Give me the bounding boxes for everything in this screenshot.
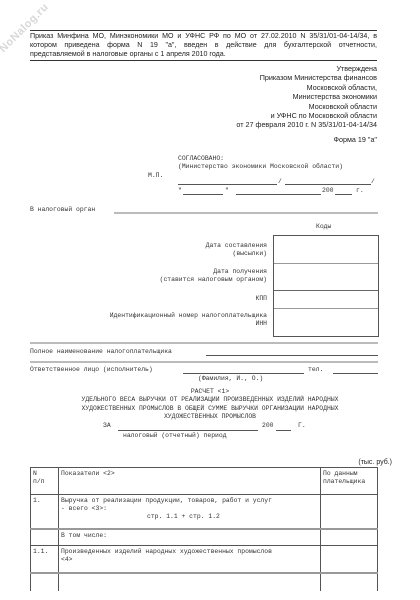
row-text: Произведенных изделий народных художеств… bbox=[59, 546, 321, 573]
row-text: В том числе: bbox=[59, 529, 321, 546]
row-text bbox=[59, 573, 321, 591]
label-line: ИНН bbox=[110, 320, 267, 328]
quote-open: " bbox=[178, 187, 182, 194]
code-field-date-received[interactable] bbox=[274, 264, 377, 289]
approval-line: Московской области, bbox=[236, 83, 377, 92]
header-note-line-1: Приказ Минфина МО, Минэкономики МО и УФН… bbox=[30, 32, 377, 41]
signature-name-line[interactable] bbox=[285, 184, 371, 185]
approval-line: Приказом Министерства финансов bbox=[236, 73, 377, 82]
header-value: По данным плательщика bbox=[321, 468, 378, 495]
approval-block: Утверждена Приказом Министерства финансо… bbox=[236, 64, 377, 130]
period-year-prefix: 200 bbox=[262, 422, 274, 429]
taxpayer-name-field[interactable] bbox=[206, 355, 378, 356]
table-row: 1.1. Произведенных изделий народных худо… bbox=[31, 546, 378, 573]
header-note-line-3: представляемой в налоговые органы с 1 ап… bbox=[30, 50, 377, 59]
code-label-kpp: КПП bbox=[255, 295, 267, 303]
calc-line-1: УДЕЛЬНОГО ВЕСА ВЫРУЧКИ ОТ РЕАЛИЗАЦИИ ПРО… bbox=[0, 396, 420, 405]
label-line: КПП bbox=[255, 295, 267, 303]
agreed-title: СОГЛАСОВАНО: bbox=[178, 155, 224, 162]
fio-hint: (Фамилия, И., О.) bbox=[198, 375, 263, 382]
period-prefix: ЗА bbox=[103, 422, 111, 429]
table-row bbox=[31, 573, 378, 591]
table-row: В том числе: bbox=[31, 529, 378, 546]
divider bbox=[30, 342, 378, 344]
label-line: Дата составления bbox=[206, 242, 267, 250]
row-text-line: <4> bbox=[61, 556, 318, 564]
row-value-field[interactable] bbox=[321, 495, 378, 529]
label-line: (ставится налоговым органом) bbox=[160, 276, 267, 284]
responsible-label: Ответственное лицо (исполнитель) bbox=[30, 366, 153, 373]
row-num bbox=[31, 529, 59, 546]
row-num: 1. bbox=[31, 495, 59, 529]
period-field[interactable] bbox=[118, 430, 258, 431]
indicators-table: N п/п Показатели <2> По данным плательщи… bbox=[30, 467, 378, 591]
agreed-day-field[interactable] bbox=[183, 194, 223, 195]
form-number: Форма 19 "а" bbox=[334, 135, 378, 144]
quote-close: " bbox=[225, 187, 229, 194]
table-header-row: N п/п Показатели <2> По данным плательщи… bbox=[31, 468, 378, 495]
slash: / bbox=[371, 178, 375, 185]
agreed-year-suffix: г. bbox=[356, 187, 364, 194]
calc-line-3: ХУДОЖЕСТВЕННЫХ ПРОМЫСЛОВ bbox=[0, 413, 420, 422]
approval-line: Министерства экономики bbox=[236, 92, 377, 101]
header-indicator: Показатели <2> bbox=[59, 468, 321, 495]
row-text: Выручка от реализации продукции, товаров… bbox=[59, 495, 321, 529]
code-label-date-received: Дата получения (ставится налоговым орган… bbox=[160, 268, 267, 284]
unit-label: (тыс. руб.) bbox=[358, 459, 392, 466]
agreed-year-field[interactable] bbox=[335, 194, 352, 195]
header-num-line: п/п bbox=[33, 478, 56, 486]
code-field-date-composed[interactable] bbox=[274, 236, 377, 262]
slash: / bbox=[278, 178, 282, 185]
label-line: (высылки) bbox=[206, 250, 267, 258]
agreed-month-field[interactable] bbox=[236, 194, 321, 195]
header-num-line: N bbox=[33, 470, 56, 478]
header-num: N п/п bbox=[31, 468, 59, 495]
codes-header: Коды bbox=[316, 223, 331, 230]
taxpayer-name-field-2[interactable] bbox=[30, 361, 378, 363]
signature-line[interactable] bbox=[178, 184, 277, 185]
header-note: Приказ Минфина МО, Минэкономики МО и УФН… bbox=[30, 30, 377, 61]
approval-line: Утверждена bbox=[236, 64, 377, 73]
header-value-line: По данным bbox=[323, 470, 375, 478]
approval-line: и УФНС по Московской области bbox=[236, 111, 377, 120]
row-text-line: - всего <3>: bbox=[61, 505, 318, 513]
period-year-field[interactable] bbox=[276, 430, 291, 431]
header-value-line: плательщика bbox=[323, 478, 375, 486]
tax-authority-label: В налоговый орган bbox=[30, 206, 95, 213]
row-value-field[interactable] bbox=[321, 529, 378, 546]
table-row: 1. Выручка от реализации продукции, това… bbox=[31, 495, 378, 529]
code-label-inn: Идентификационный номер налогоплательщик… bbox=[110, 312, 267, 328]
row-value-field[interactable] bbox=[321, 573, 378, 591]
row-text-line: Произведенных изделий народных художеств… bbox=[61, 548, 318, 556]
label-line: Идентификационный номер налогоплательщик… bbox=[110, 312, 267, 320]
row-value-field[interactable] bbox=[321, 546, 378, 573]
approval-line: от 27 февраля 2010 г. N 35/31/01-04-14/3… bbox=[236, 120, 377, 129]
period-year-suffix: Г. bbox=[298, 422, 306, 429]
stamp-label: М.П. bbox=[148, 172, 163, 179]
agreed-year-prefix: 200 bbox=[322, 187, 334, 194]
code-field-inn[interactable] bbox=[274, 309, 377, 335]
row-formula: стр. 1.1 + стр. 1.2 bbox=[61, 513, 318, 521]
code-field-kpp[interactable] bbox=[274, 290, 377, 307]
taxpayer-name-label: Полное наименование налогоплательщика bbox=[30, 348, 172, 355]
responsible-field[interactable] bbox=[183, 373, 304, 374]
row-num: 1.1. bbox=[31, 546, 59, 573]
tax-authority-field[interactable] bbox=[114, 212, 378, 214]
row-num bbox=[31, 573, 59, 591]
period-hint: налоговый (отчетный) период bbox=[123, 432, 227, 439]
approval-line: Московской области bbox=[236, 102, 377, 111]
phone-field[interactable] bbox=[333, 373, 378, 374]
agreed-org: (Министерство экономики Московской облас… bbox=[178, 163, 343, 170]
code-label-date-composed: Дата составления (высылки) bbox=[206, 242, 267, 258]
phone-label: тел. bbox=[308, 366, 323, 373]
header-note-line-2: котором приведена форма N 19 "а", введен… bbox=[30, 41, 377, 50]
row-text-line: Выручка от реализации продукции, товаров… bbox=[61, 497, 318, 505]
label-line: Дата получения bbox=[160, 268, 267, 276]
